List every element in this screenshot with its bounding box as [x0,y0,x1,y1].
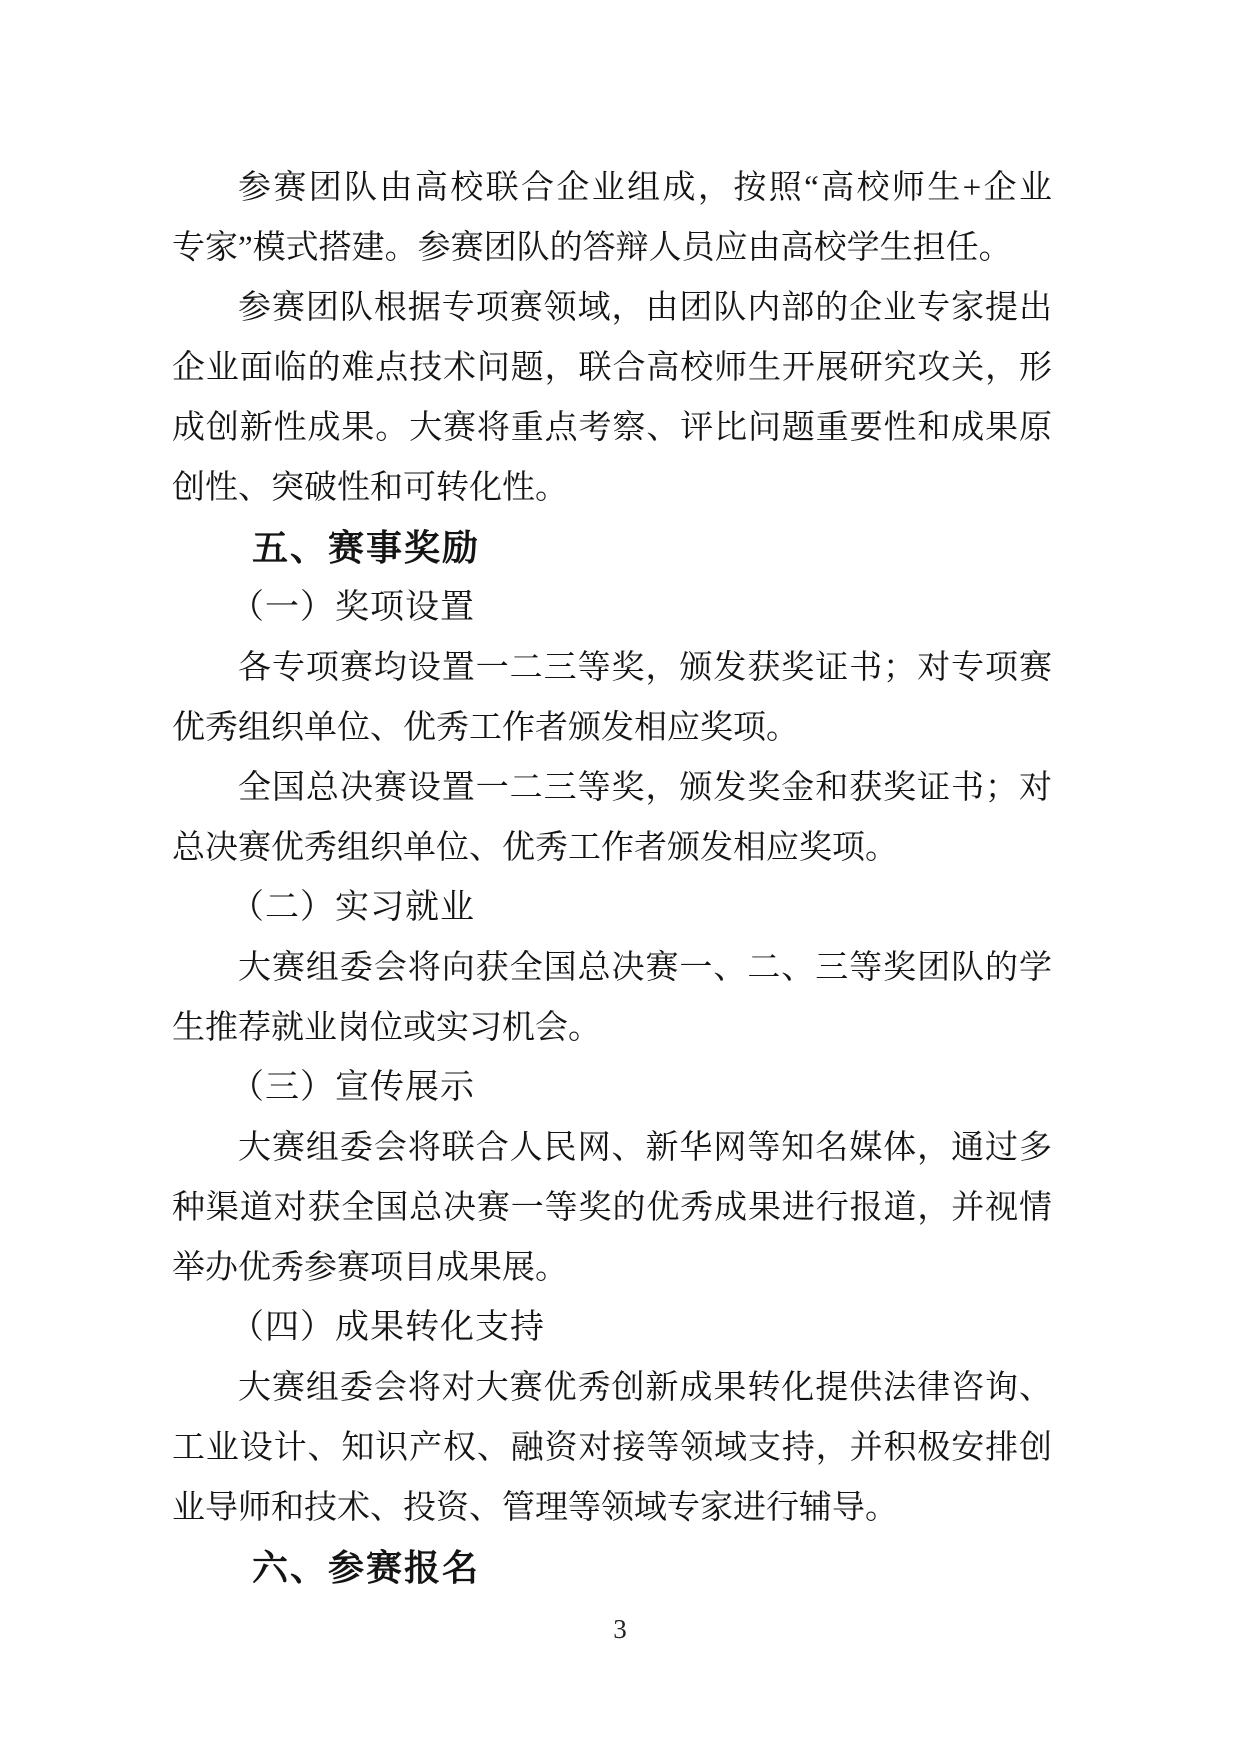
text-line: （四）成果转化支持 [172,1298,1052,1358]
text-line: 专家”模式搭建。参赛团队的答辩人员应由高校学生担任。 [172,218,1052,278]
text-line: 举办优秀参赛项目成果展。 [172,1238,1052,1298]
text-line: 优秀组织单位、优秀工作者颁发相应奖项。 [172,698,1052,758]
sub-heading: （四）成果转化支持 [172,1298,1052,1358]
document-page: 参赛团队由高校联合企业组成，按照“高校师生+企业专家”模式搭建。参赛团队的答辩人… [0,0,1240,1754]
sub-heading: （三）宣传展示 [172,1058,1052,1118]
text-line: 大赛组委会将对大赛优秀创新成果转化提供法律咨询、 [172,1358,1052,1418]
text-line: 创性、突破性和可转化性。 [172,458,1052,518]
text-line: 五、赛事奖励 [172,518,1052,578]
text-line: 参赛团队由高校联合企业组成，按照“高校师生+企业 [172,158,1052,218]
text-line: （一）奖项设置 [172,578,1052,638]
paragraph: 参赛团队由高校联合企业组成，按照“高校师生+企业专家”模式搭建。参赛团队的答辩人… [172,158,1052,278]
section-heading: 六、参赛报名 [172,1538,1052,1598]
paragraph: 大赛组委会将联合人民网、新华网等知名媒体，通过多种渠道对获全国总决赛一等奖的优秀… [172,1118,1052,1298]
text-line: 参赛团队根据专项赛领域，由团队内部的企业专家提出 [172,278,1052,338]
text-line: 工业设计、知识产权、融资对接等领域支持，并积极安排创 [172,1418,1052,1478]
page-number: 3 [0,1612,1240,1646]
text-line: （二）实习就业 [172,878,1052,938]
paragraph: 各专项赛均设置一二三等奖，颁发获奖证书；对专项赛优秀组织单位、优秀工作者颁发相应… [172,638,1052,758]
text-line: （三）宣传展示 [172,1058,1052,1118]
text-line: 大赛组委会将向获全国总决赛一、二、三等奖团队的学 [172,938,1052,998]
document-body: 参赛团队由高校联合企业组成，按照“高校师生+企业专家”模式搭建。参赛团队的答辩人… [172,158,1052,1598]
sub-heading: （二）实习就业 [172,878,1052,938]
paragraph: 大赛组委会将对大赛优秀创新成果转化提供法律咨询、工业设计、知识产权、融资对接等领… [172,1358,1052,1538]
text-line: 业导师和技术、投资、管理等领域专家进行辅导。 [172,1478,1052,1538]
text-line: 大赛组委会将联合人民网、新华网等知名媒体，通过多 [172,1118,1052,1178]
text-line: 六、参赛报名 [172,1538,1052,1598]
section-heading: 五、赛事奖励 [172,518,1052,578]
paragraph: 参赛团队根据专项赛领域，由团队内部的企业专家提出企业面临的难点技术问题，联合高校… [172,278,1052,518]
text-line: 全国总决赛设置一二三等奖，颁发奖金和获奖证书；对 [172,758,1052,818]
text-line: 成创新性成果。大赛将重点考察、评比问题重要性和成果原 [172,398,1052,458]
text-line: 总决赛优秀组织单位、优秀工作者颁发相应奖项。 [172,818,1052,878]
paragraph: 全国总决赛设置一二三等奖，颁发奖金和获奖证书；对总决赛优秀组织单位、优秀工作者颁… [172,758,1052,878]
text-line: 各专项赛均设置一二三等奖，颁发获奖证书；对专项赛 [172,638,1052,698]
text-line: 种渠道对获全国总决赛一等奖的优秀成果进行报道，并视情 [172,1178,1052,1238]
text-line: 生推荐就业岗位或实习机会。 [172,998,1052,1058]
paragraph: 大赛组委会将向获全国总决赛一、二、三等奖团队的学生推荐就业岗位或实习机会。 [172,938,1052,1058]
text-line: 企业面临的难点技术问题，联合高校师生开展研究攻关，形 [172,338,1052,398]
sub-heading: （一）奖项设置 [172,578,1052,638]
